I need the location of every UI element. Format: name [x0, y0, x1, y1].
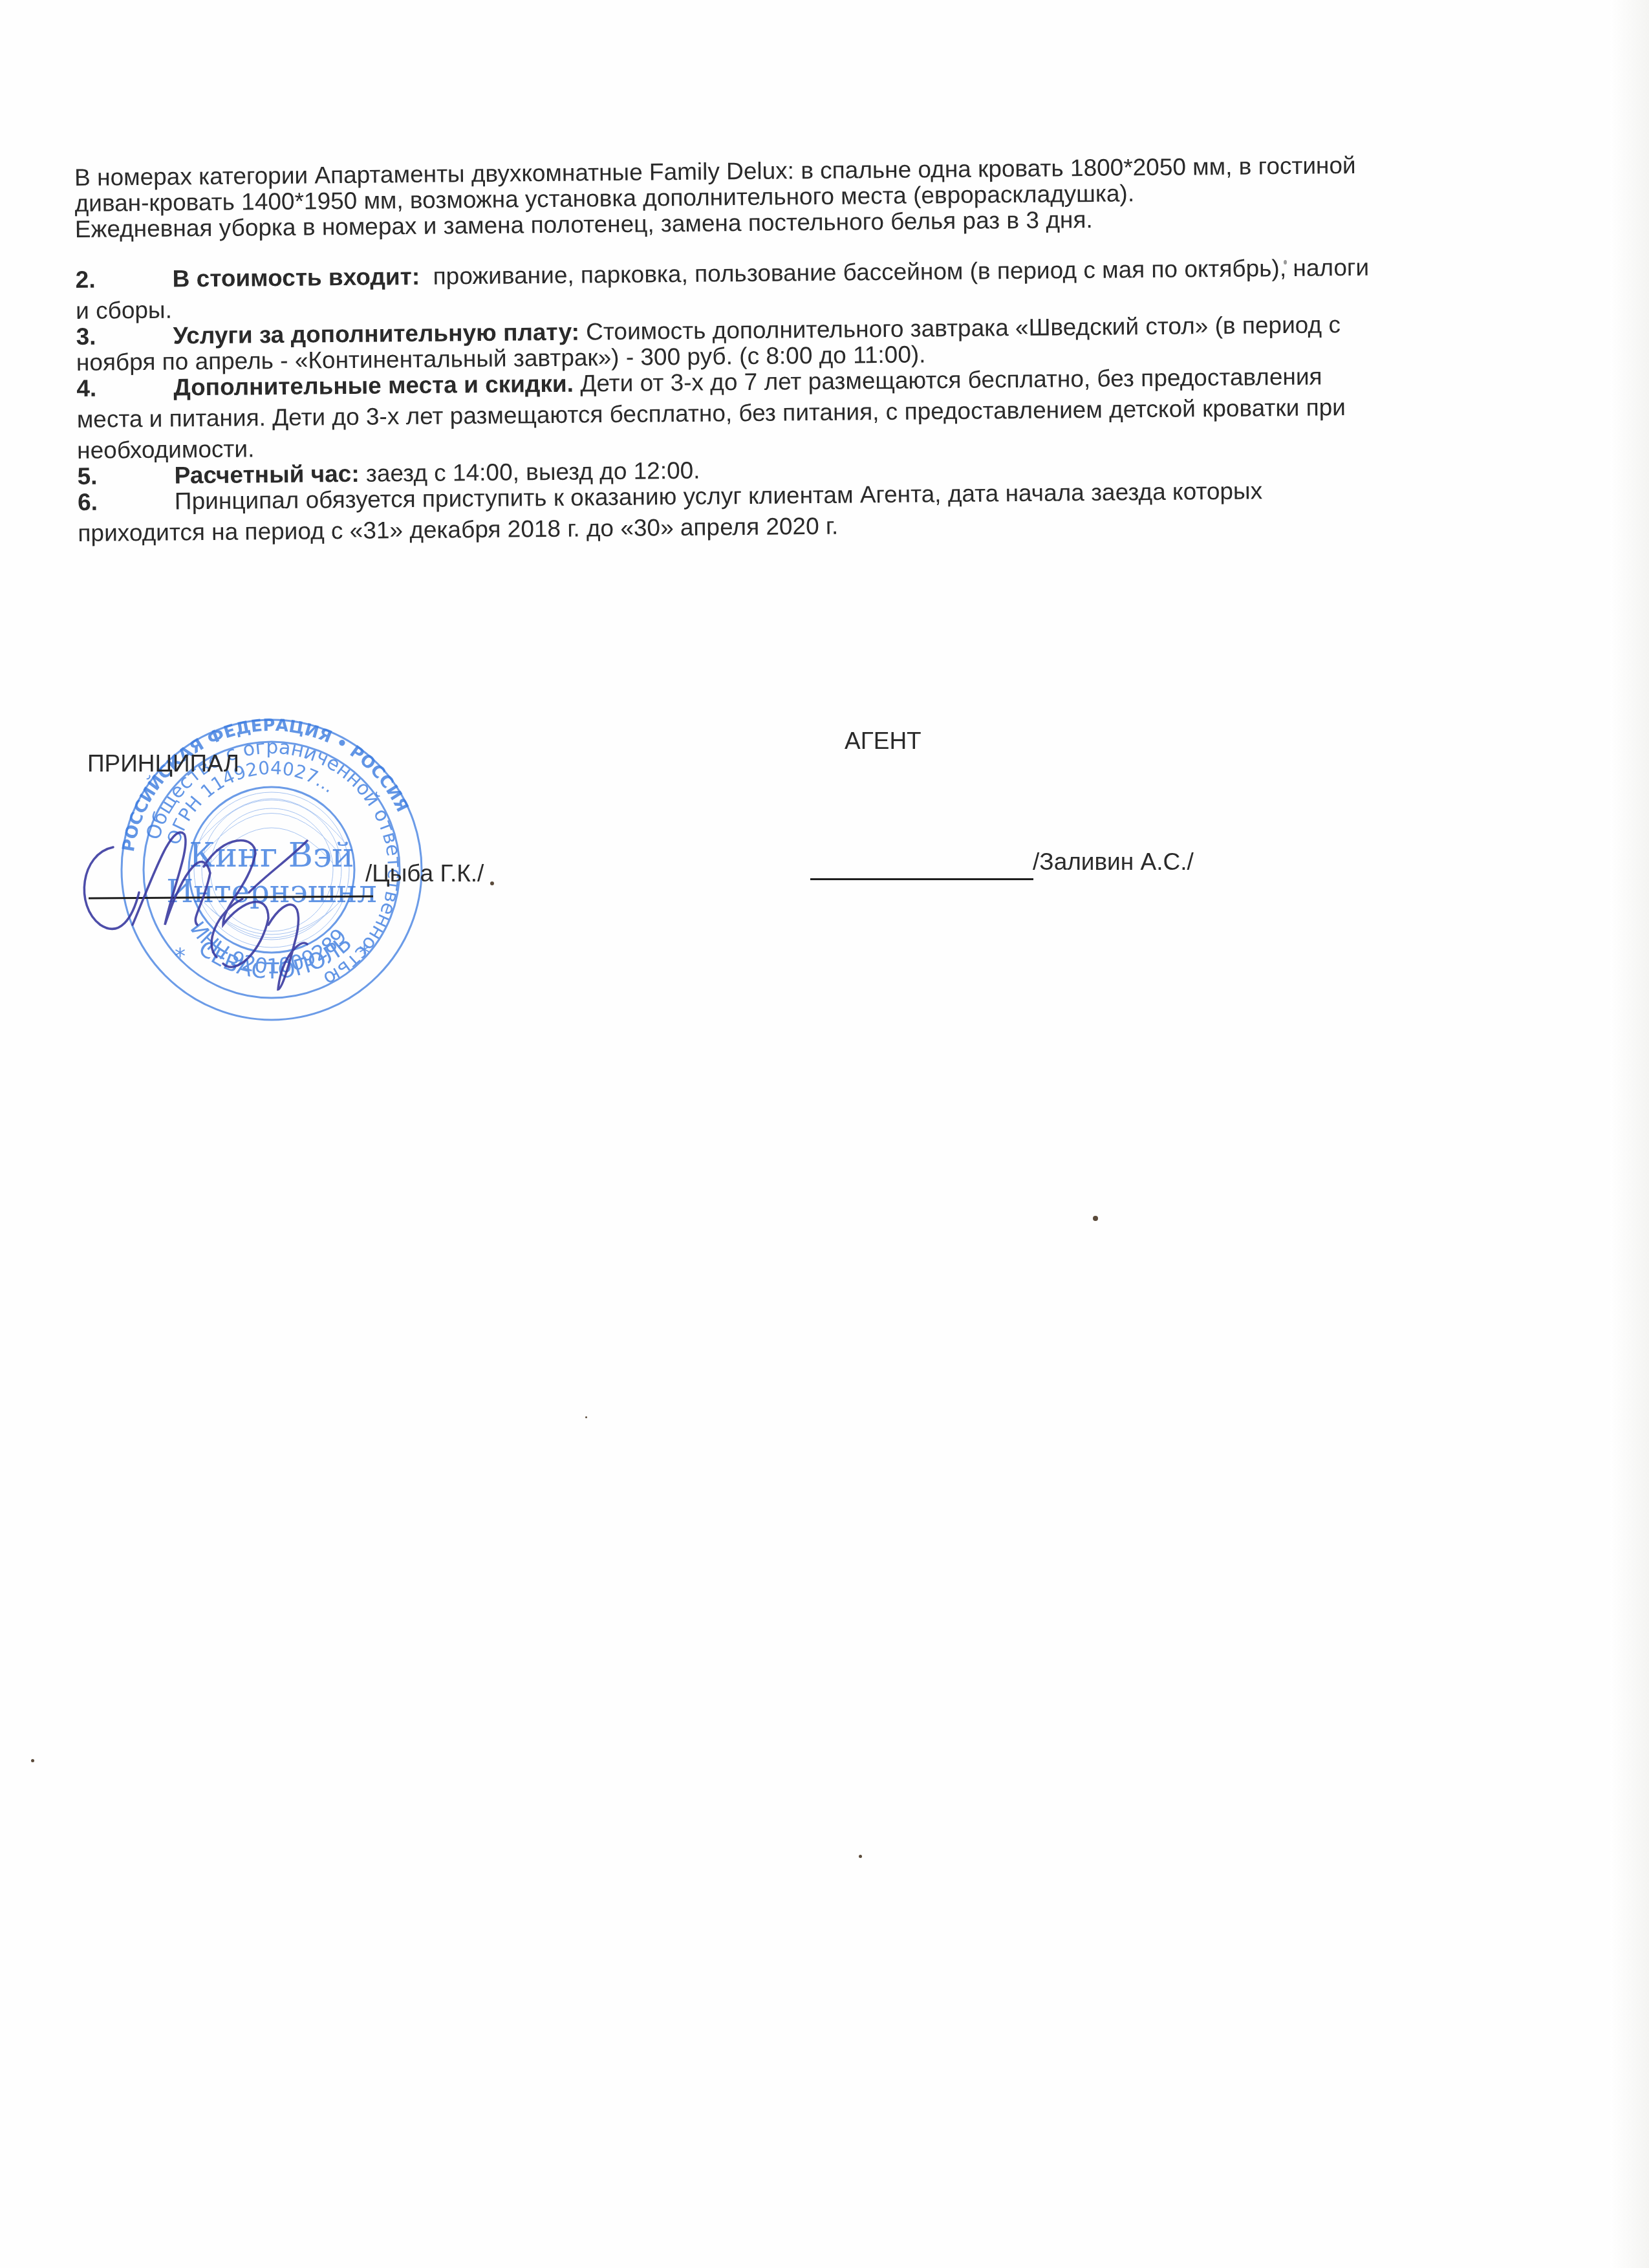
- principal-name: /Цыба Г.К./: [365, 860, 484, 887]
- clause-number: 2.: [76, 266, 173, 293]
- clause-number: 4.: [76, 375, 173, 402]
- clause-heading: Дополнительные места и скидки.: [173, 371, 574, 401]
- clause-number: 5.: [77, 463, 174, 490]
- scan-speck: [859, 1855, 862, 1858]
- scan-speck: [1093, 1216, 1098, 1221]
- agent-signature-line: [810, 878, 1033, 880]
- agent-label: АГЕНТ: [845, 728, 921, 755]
- scan-speck: [490, 881, 494, 885]
- svg-text:*: *: [359, 940, 370, 966]
- document-body: В номерах категории Апартаменты двухкомн…: [74, 151, 1540, 546]
- scan-speck: [31, 1759, 34, 1762]
- scan-edge-shadow: [1610, 0, 1649, 2268]
- handwritten-signature: [74, 795, 352, 1009]
- clause-heading: Расчетный час:: [174, 460, 359, 489]
- scan-speck: [585, 1416, 587, 1418]
- principal-label: ПРИНЦИПАЛ: [87, 750, 239, 777]
- scanned-page: В номерах категории Апартаменты двухкомн…: [0, 0, 1649, 2268]
- agent-name: /Заливин А.С./: [1033, 848, 1194, 876]
- clause-text: заезд с 14:00, выезд до 12:00.: [359, 457, 700, 487]
- clause-number: 3.: [76, 323, 173, 350]
- clause-number: 6.: [78, 489, 175, 515]
- scan-speck: [1284, 260, 1287, 265]
- clause-heading: В стоимость входит:: [173, 263, 420, 292]
